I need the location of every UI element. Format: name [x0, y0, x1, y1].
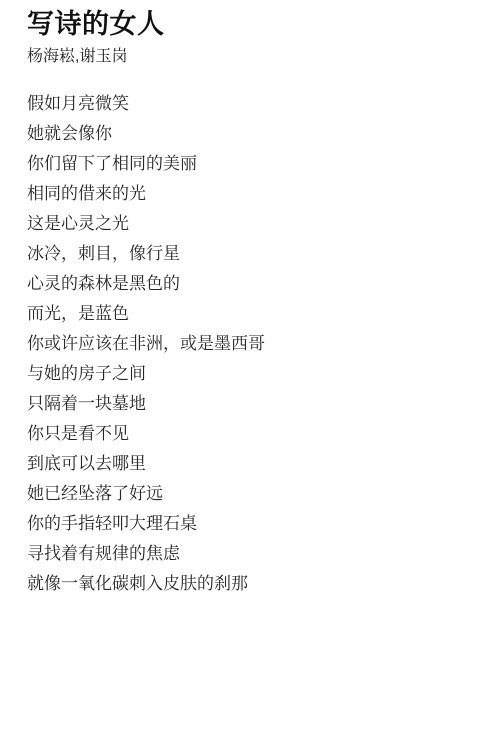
lyric-line: 她已经坠落了好远: [27, 479, 480, 509]
lyric-line: 寻找着有规律的焦虑: [27, 539, 480, 569]
lyric-line: 就像一氧化碳刺入皮肤的刹那: [27, 569, 480, 599]
lyric-line: 假如月亮微笑: [27, 89, 480, 119]
lyric-line: 相同的借来的光: [27, 179, 480, 209]
lyric-line: 你只是看不见: [27, 419, 480, 449]
lyric-line: 她就会像你: [27, 119, 480, 149]
credits: 杨海崧,谢玉岗: [27, 46, 480, 68]
lyric-line: 这是心灵之光: [27, 209, 480, 239]
lyric-line: 只隔着一块墓地: [27, 389, 480, 419]
lyrics-body: 假如月亮微笑 她就会像你 你们留下了相同的美丽 相同的借来的光 这是心灵之光 冰…: [27, 89, 480, 599]
lyric-line: 心灵的森林是黑色的: [27, 269, 480, 299]
lyric-line: 你或许应该在非洲，或是墨西哥: [27, 329, 480, 359]
lyric-line: 冰冷，刺目，像行星: [27, 239, 480, 269]
lyric-line: 你们留下了相同的美丽: [27, 149, 480, 179]
lyric-line: 而光，是蓝色: [27, 299, 480, 329]
lyric-line: 与她的房子之间: [27, 359, 480, 389]
lyric-line: 你的手指轻叩大理石桌: [27, 509, 480, 539]
lyric-line: 到底可以去哪里: [27, 449, 480, 479]
page-title: 写诗的女人: [27, 4, 480, 42]
lyrics-page: 写诗的女人 杨海崧,谢玉岗 假如月亮微笑 她就会像你 你们留下了相同的美丽 相同…: [0, 0, 500, 599]
